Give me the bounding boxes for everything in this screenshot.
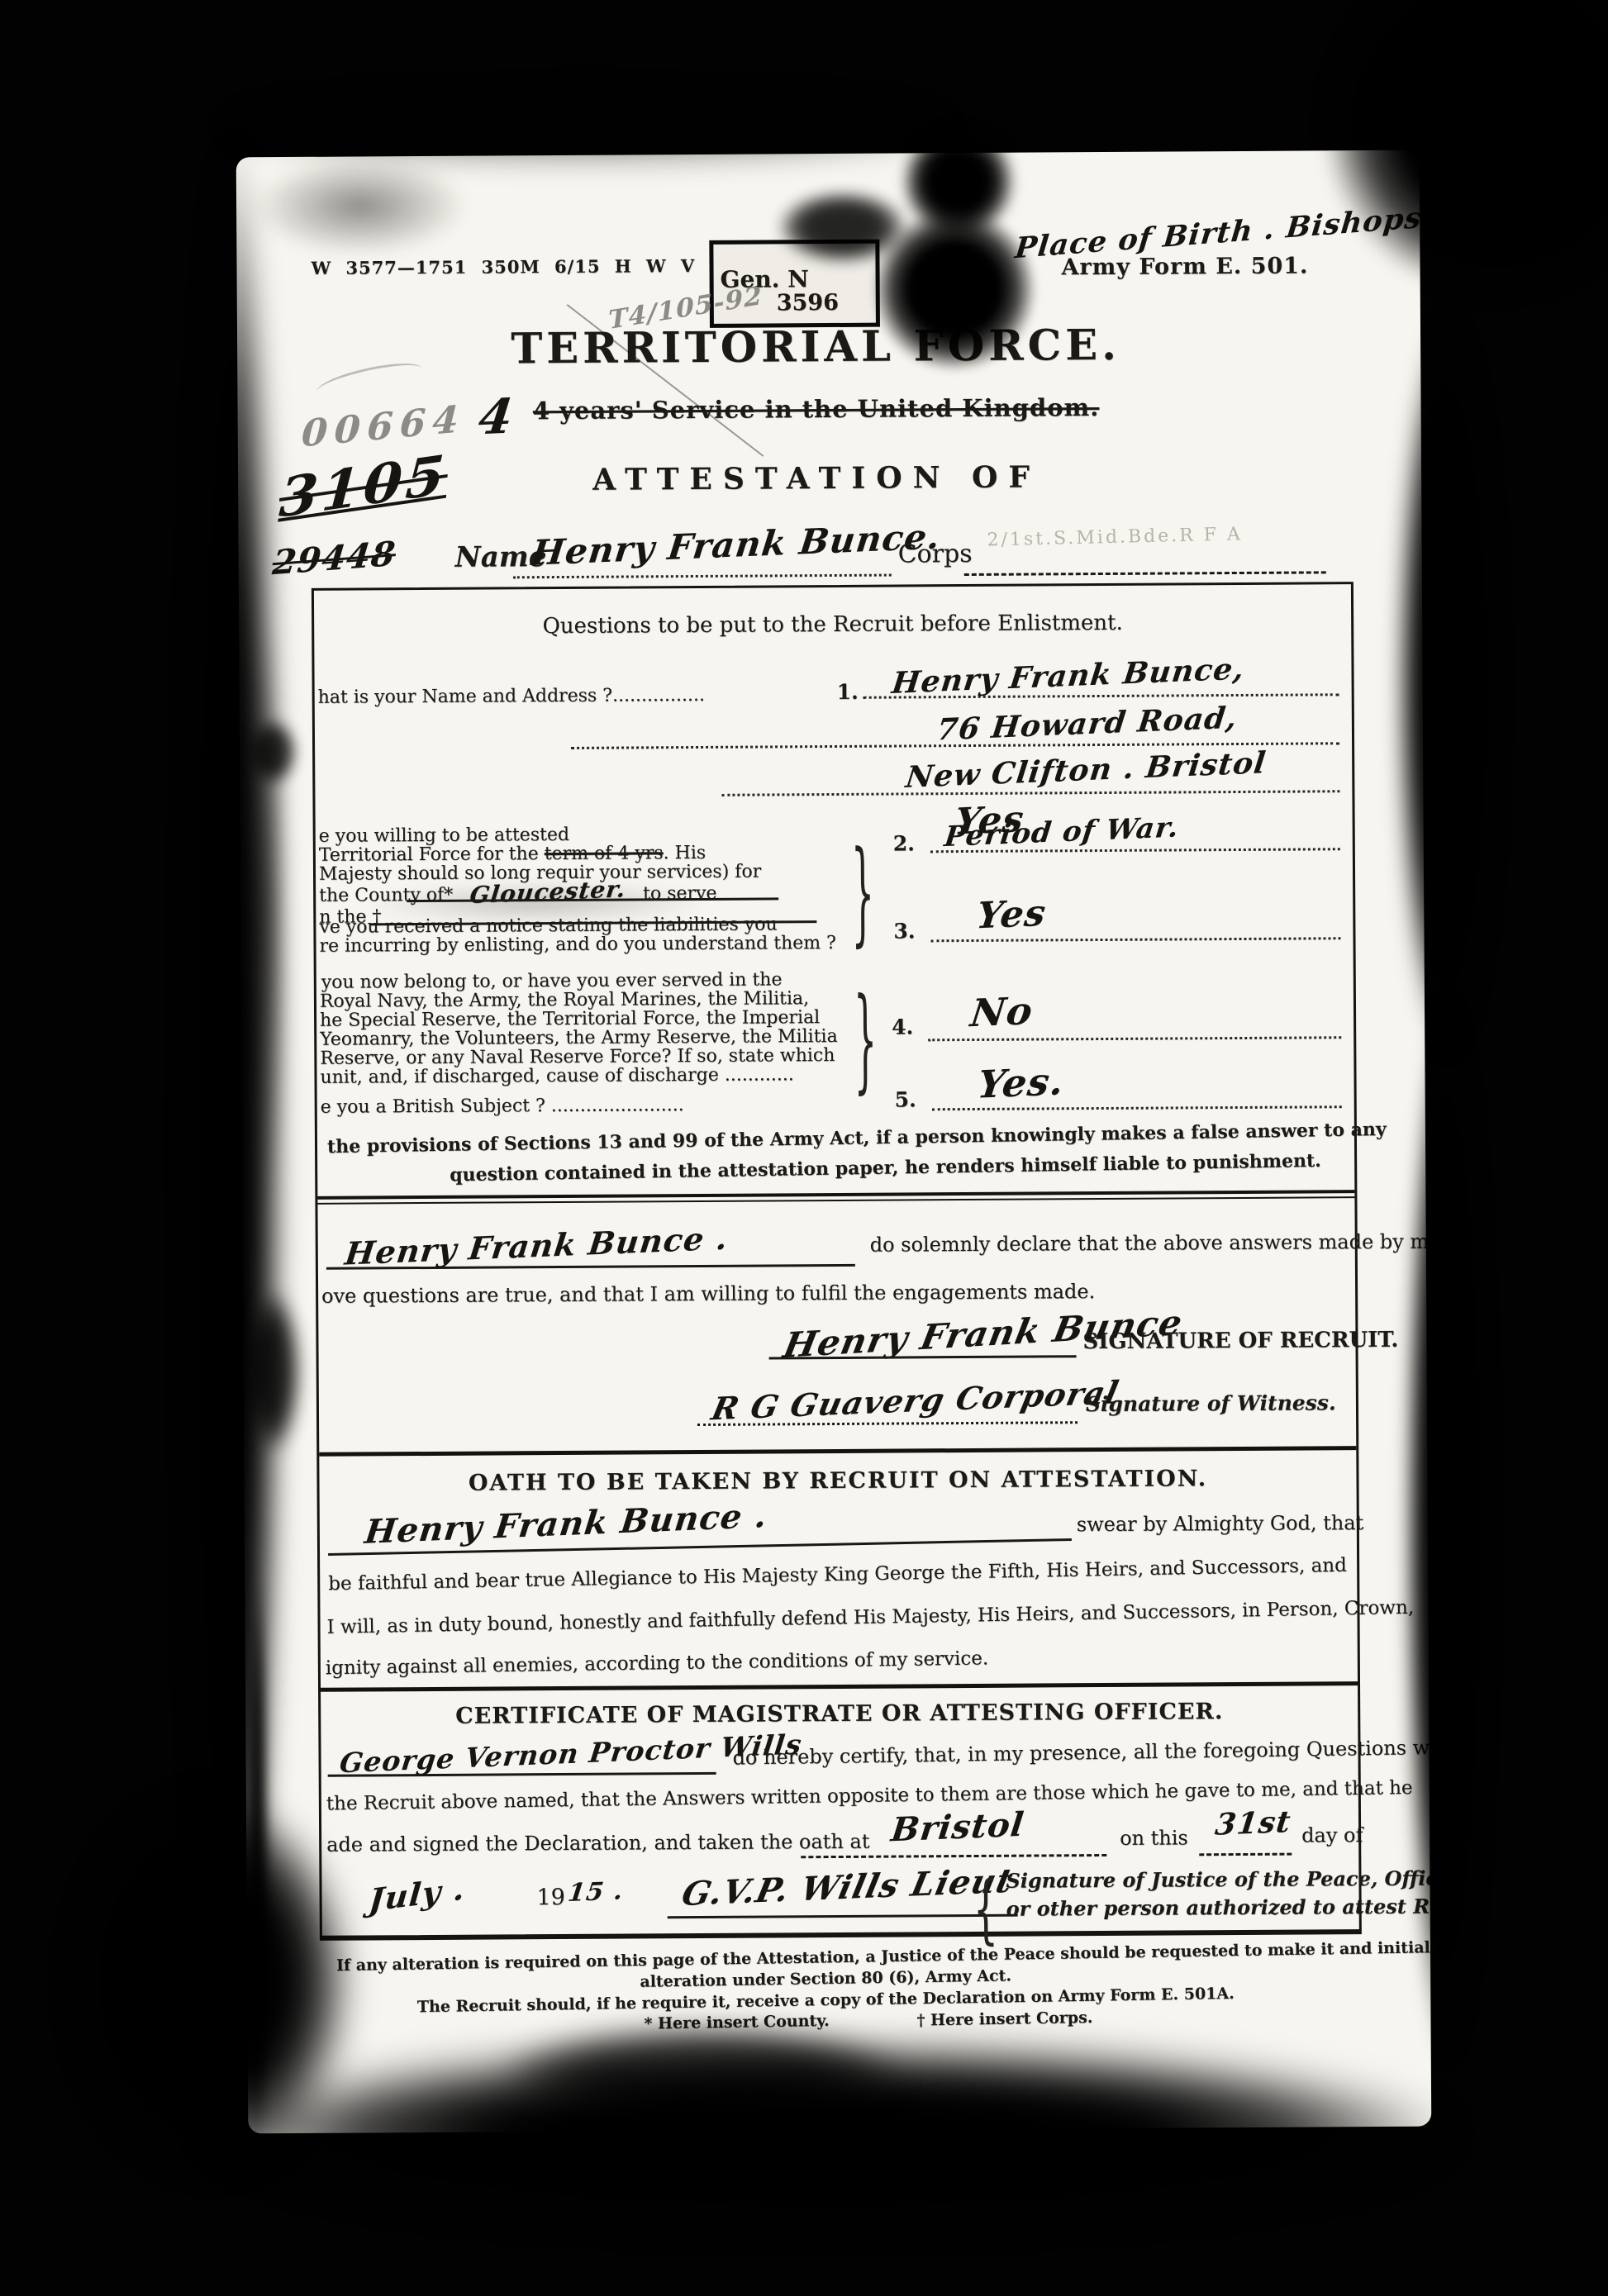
oath-name-handwriting: Henry Frank Bunce . (363, 1496, 769, 1552)
recruit-signature-line (769, 1354, 1077, 1359)
questions-box: Questions to be put to the Recruit befor… (312, 582, 1362, 1941)
oath-place-handwriting: Bristol (889, 1805, 1026, 1850)
question-3-number: 3. (893, 919, 915, 943)
margin-ink-digit: 4 (476, 388, 517, 446)
q4-brace: } (854, 976, 878, 1106)
section-rule-3 (321, 1681, 1358, 1692)
officer-signature: G.V.P. Wills Lieut (678, 1861, 1016, 1913)
corps-stamp-faint: 2/1st.S.Mid.Bde.R F A (987, 524, 1243, 550)
question-1-number: 1. (837, 680, 859, 704)
officer-signature-line (668, 1913, 1018, 1919)
stain-right-edge (1396, 314, 1496, 1058)
q3-answer-line (931, 936, 1341, 942)
certificate-heading: CERTIFICATE OF MAGISTRATE OR ATTESTING O… (321, 1698, 1358, 1730)
q3-answer-yes: Yes (974, 892, 1049, 937)
year-handwriting: 15 . (566, 1876, 625, 1908)
question-4-number: 4. (892, 1015, 913, 1039)
witness-signature: R G Guaverg Corporal (708, 1373, 1122, 1427)
section-rule-2 (319, 1446, 1356, 1457)
question-1-label: hat is your Name and Address ?..........… (318, 686, 705, 707)
q1-answer-city: New Clifton . Bristol (904, 745, 1268, 795)
question-3-line-2: re incurring by enlisting, and do you un… (319, 934, 835, 956)
oath-place-line (801, 1853, 1106, 1858)
q2-answer-yes: Yes (952, 798, 1026, 843)
declaration-line-2: ove questions are true, and that I am wi… (321, 1280, 1095, 1308)
corps-line (964, 570, 1326, 576)
oath-day-line (1199, 1852, 1292, 1856)
oath-line-3: I will, as in duty bound, honestly and f… (326, 1597, 1414, 1638)
stain-left-blob-1 (248, 719, 297, 785)
recruit-signature-label: SIGNATURE OF RECRUIT. (1082, 1328, 1398, 1354)
stain-bottom-mid (496, 2024, 909, 2123)
stain-top-band (215, 99, 959, 157)
q2-line2-post: . His (664, 843, 706, 863)
attestation-form-page: W 3577—1751 350M 6/15 H W V [Sch. 141] G… (236, 150, 1432, 2134)
q2-brace: } (851, 829, 875, 959)
year-printed: 19 (536, 1885, 565, 1910)
certificate-line-1: do hereby certify, that, in my presence,… (732, 1736, 1431, 1770)
certificate-day-of: day of (1301, 1823, 1363, 1847)
oath-line-2: be faithful and bear true Allegiance to … (328, 1555, 1347, 1595)
oath-month-handwriting: July . (368, 1870, 467, 1918)
recruit-name-handwriting: Henry Frank Bunce. (530, 516, 943, 573)
name-line (513, 573, 892, 579)
scanned-document: W 3577—1751 350M 6/15 H W V [Sch. 141] G… (0, 0, 1608, 2296)
stamp-number: 3596 (777, 290, 839, 316)
q5-answer-yes: Yes. (975, 1058, 1067, 1106)
questions-heading: Questions to be put to the Recruit befor… (314, 609, 1351, 640)
stain-left-blob-2 (244, 1289, 302, 1454)
warning-line-2: question contained in the attestation pa… (450, 1150, 1321, 1186)
stain-top-right-corner (1322, 0, 1608, 297)
question-2-number: 2. (893, 831, 915, 855)
q1-answer-street: 76 Howard Road, (935, 701, 1239, 748)
ink-blot-stamp (777, 190, 909, 264)
q4-answer-no: No (968, 988, 1035, 1035)
certificate-line-3: ade and signed the Declaration, and take… (326, 1830, 869, 1856)
footnote-corps: † Here insert Corps. (916, 2008, 1092, 2030)
q2-line2-struck: term of 4 yrs (545, 843, 664, 864)
attest-note-line-2: or other person authorized to attest Rec… (1006, 1894, 1432, 1921)
attestation-heading: ATTESTATION OF (288, 458, 1345, 499)
smudge-top-left (253, 156, 469, 257)
oath-heading: OATH TO BE TAKEN BY RECRUIT ON ATTESTATI… (319, 1465, 1356, 1497)
question-2-line-1: e you willing to be attested (319, 825, 569, 846)
form-number-label: Army Form E. 501. (1061, 253, 1308, 280)
witness-signature-label: Signature of Witness. (1086, 1390, 1336, 1416)
question-5-number: 5. (895, 1087, 916, 1111)
corps-label: Corps (898, 540, 973, 569)
attest-note-line-1: Signature of Justice of the Peace, Offic… (1006, 1866, 1431, 1892)
oath-day-handwriting: 31st (1213, 1804, 1292, 1842)
form-title: TERRITORIAL FORCE. (287, 319, 1344, 375)
attest-note-brace: { (973, 1866, 998, 1954)
question-4-line-6: unit, and, if discharged, cause of disch… (320, 1065, 793, 1087)
certificate-on-this: on this (1120, 1826, 1188, 1850)
smudge-q2 (364, 882, 711, 925)
struck-old-number: 29448 (271, 534, 398, 582)
q1-answer-line-3 (721, 789, 1339, 796)
oath-line-1: swear by Almighty God, that (1077, 1511, 1364, 1536)
oath-line-4: ignity against all enemies, according to… (326, 1647, 989, 1679)
question-5-label: e you a British Subject ? ..............… (321, 1096, 684, 1117)
stain-right-edge-low (1405, 991, 1487, 2065)
declaration-line-1: do solemnly declare that the above answe… (870, 1229, 1432, 1256)
q4-answer-line (928, 1035, 1341, 1041)
